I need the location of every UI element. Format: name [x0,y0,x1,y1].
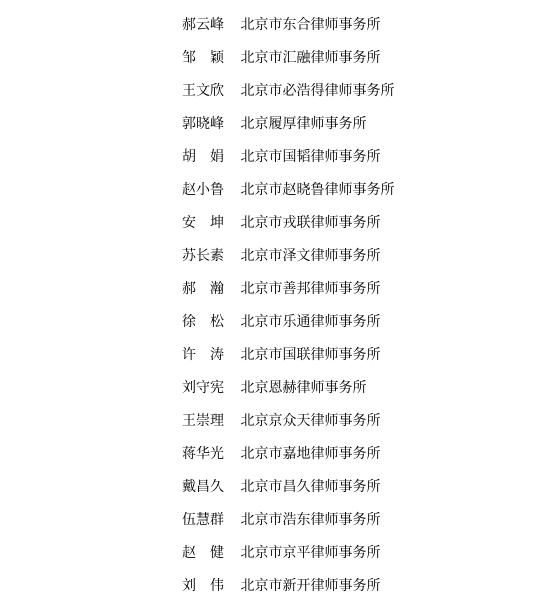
law-firm-name: 北京市浩东律师事务所 [241,504,381,537]
law-firm-name: 北京市必浩得律师事务所 [241,75,395,108]
lawyer-name: 刘 伟 [182,570,224,603]
list-row: 郭晓峰 北京履厚律师事务所 [182,108,554,141]
lawyer-name: 赵 健 [182,537,224,570]
list-row: 徐 松 北京市乐通律师事务所 [182,306,554,339]
list-row: 安 坤 北京市戎联律师事务所 [182,207,554,240]
law-firm-name: 北京市京平律师事务所 [241,537,381,570]
list-row: 伍慧群 北京市浩东律师事务所 [182,504,554,537]
law-firm-name: 北京市新开律师事务所 [241,570,381,603]
law-firm-name: 北京京众天律师事务所 [241,405,381,438]
list-row: 刘 伟 北京市新开律师事务所 [182,570,554,603]
law-firm-name: 北京恩赫律师事务所 [241,372,367,405]
law-firm-name: 北京市善邦律师事务所 [241,273,381,306]
law-firm-name: 北京履厚律师事务所 [241,108,367,141]
law-firm-name: 北京市东合律师事务所 [241,9,381,42]
list-row: 赵小鲁 北京市赵晓鲁律师事务所 [182,174,554,207]
document-page: 郝云峰 北京市东合律师事务所 邹 颖 北京市汇融律师事务所 王文欣 北京市必浩得… [0,0,554,609]
lawyer-name: 许 涛 [182,339,224,372]
lawyer-name: 蒋华光 [182,438,224,471]
law-firm-name: 北京市国联律师事务所 [241,339,381,372]
list-row: 王文欣 北京市必浩得律师事务所 [182,75,554,108]
list-row: 刘守宪 北京恩赫律师事务所 [182,372,554,405]
law-firm-name: 北京市乐通律师事务所 [241,306,381,339]
list-row: 郝 瀚 北京市善邦律师事务所 [182,273,554,306]
lawyer-name: 郝 瀚 [182,273,224,306]
list-row: 赵 健 北京市京平律师事务所 [182,537,554,570]
list-row: 邹 颖 北京市汇融律师事务所 [182,42,554,75]
list-row: 蒋华光 北京市嘉地律师事务所 [182,438,554,471]
lawyer-name: 王文欣 [182,75,224,108]
law-firm-name: 北京市赵晓鲁律师事务所 [241,174,395,207]
law-firm-name: 北京市嘉地律师事务所 [241,438,381,471]
lawyer-name: 王崇理 [182,405,224,438]
law-firm-name: 北京市昌久律师事务所 [241,471,381,504]
lawyer-name: 戴昌久 [182,471,224,504]
list-row: 苏长素 北京市泽文律师事务所 [182,240,554,273]
law-firm-name: 北京市汇融律师事务所 [241,42,381,75]
lawyer-name: 郝云峰 [182,9,224,42]
list-row: 郝云峰 北京市东合律师事务所 [182,9,554,42]
law-firm-name: 北京市泽文律师事务所 [241,240,381,273]
lawyer-name: 郭晓峰 [182,108,224,141]
lawyer-name: 赵小鲁 [182,174,224,207]
lawyer-name: 伍慧群 [182,504,224,537]
lawyer-name: 胡 娟 [182,141,224,174]
list-row: 许 涛 北京市国联律师事务所 [182,339,554,372]
lawyer-name: 邹 颖 [182,42,224,75]
lawyer-name: 安 坤 [182,207,224,240]
lawyer-name: 刘守宪 [182,372,224,405]
law-firm-name: 北京市戎联律师事务所 [241,207,381,240]
lawyer-name: 徐 松 [182,306,224,339]
list-row: 戴昌久 北京市昌久律师事务所 [182,471,554,504]
list-row: 胡 娟 北京市国韬律师事务所 [182,141,554,174]
list-row: 王崇理 北京京众天律师事务所 [182,405,554,438]
law-firm-name: 北京市国韬律师事务所 [241,141,381,174]
lawyer-name: 苏长素 [182,240,224,273]
